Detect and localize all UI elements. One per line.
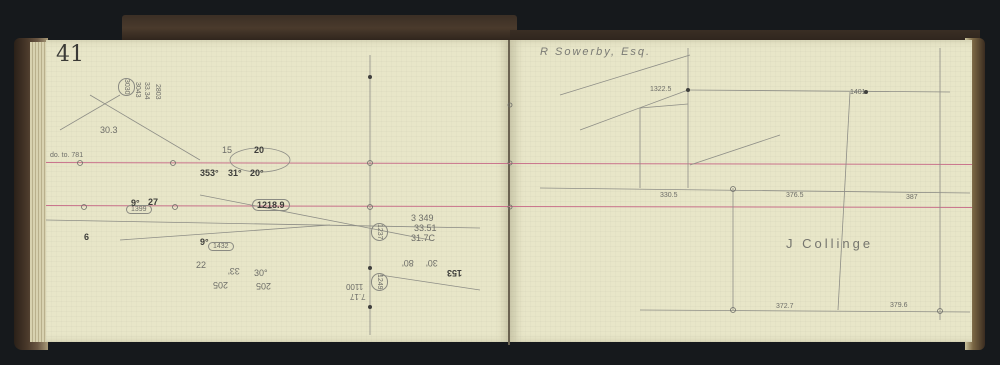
survey-sketch-lines [0,0,1000,365]
landowner-top-label: R Sowerby, Esq. [540,46,651,58]
right-note-2: 33.51 [414,223,437,233]
chainage-bottom-1: 372.7 [776,303,794,310]
right-note-1: 3 349 [411,213,434,223]
misc-note-9: 6 [84,232,89,242]
circled-note-top: 3030 [118,78,135,96]
top-note-3: 2803 [154,84,161,100]
chainage-mid-3: 387 [906,194,918,201]
misc-note-4: 30° [254,268,268,278]
small-note-2: 7.17 [350,292,366,301]
page-number: 41 [56,42,84,67]
small-note-1: 1100 [346,282,363,291]
chainage-upper-left: 1322.5 [650,86,671,93]
misc-note-6: 205 [256,281,271,291]
bearing-angle-3: 20° [250,168,264,178]
right-note-5: 30' [426,258,438,268]
bearing-angle-1: 353° [200,168,219,178]
circled-chainage-1432: 1432 [208,242,234,251]
top-note-1: 3043 [134,82,141,98]
misc-note-3: 22 [196,260,206,270]
misc-note-5: 205 [213,280,228,290]
circled-vertical-1237: 1237 [371,223,388,241]
chainage-mid-1: 330.5 [660,192,678,199]
bearing-angle-2: 31° [228,168,242,178]
misc-note-7: 33' [228,266,240,276]
misc-note-8: 9° [131,198,140,208]
chainage-mid-2: 376.5 [786,192,804,199]
chainage-bottom-2: 379.6 [890,302,908,309]
misc-note-1: 9° [200,237,209,247]
station-note: do. to. 781 [50,152,83,159]
right-note-6: 153 [447,268,462,278]
top-angle-2: 20 [254,145,264,155]
right-note-4: 80' [402,258,414,268]
right-note-3: 31.7C [411,233,435,243]
landowner-bottom-label: J Collinge [786,236,873,251]
top-angle-1: 15 [222,145,232,155]
top-note-2: 33.34 [143,82,150,100]
chainage-upper-right: 1401 [850,89,866,96]
circled-chainage-1218: 1218.9 [252,199,290,211]
circled-vertical-1249: 1249 [371,273,388,291]
misc-note-2: 27 [148,197,158,207]
top-note-4: 30.3 [100,125,118,135]
